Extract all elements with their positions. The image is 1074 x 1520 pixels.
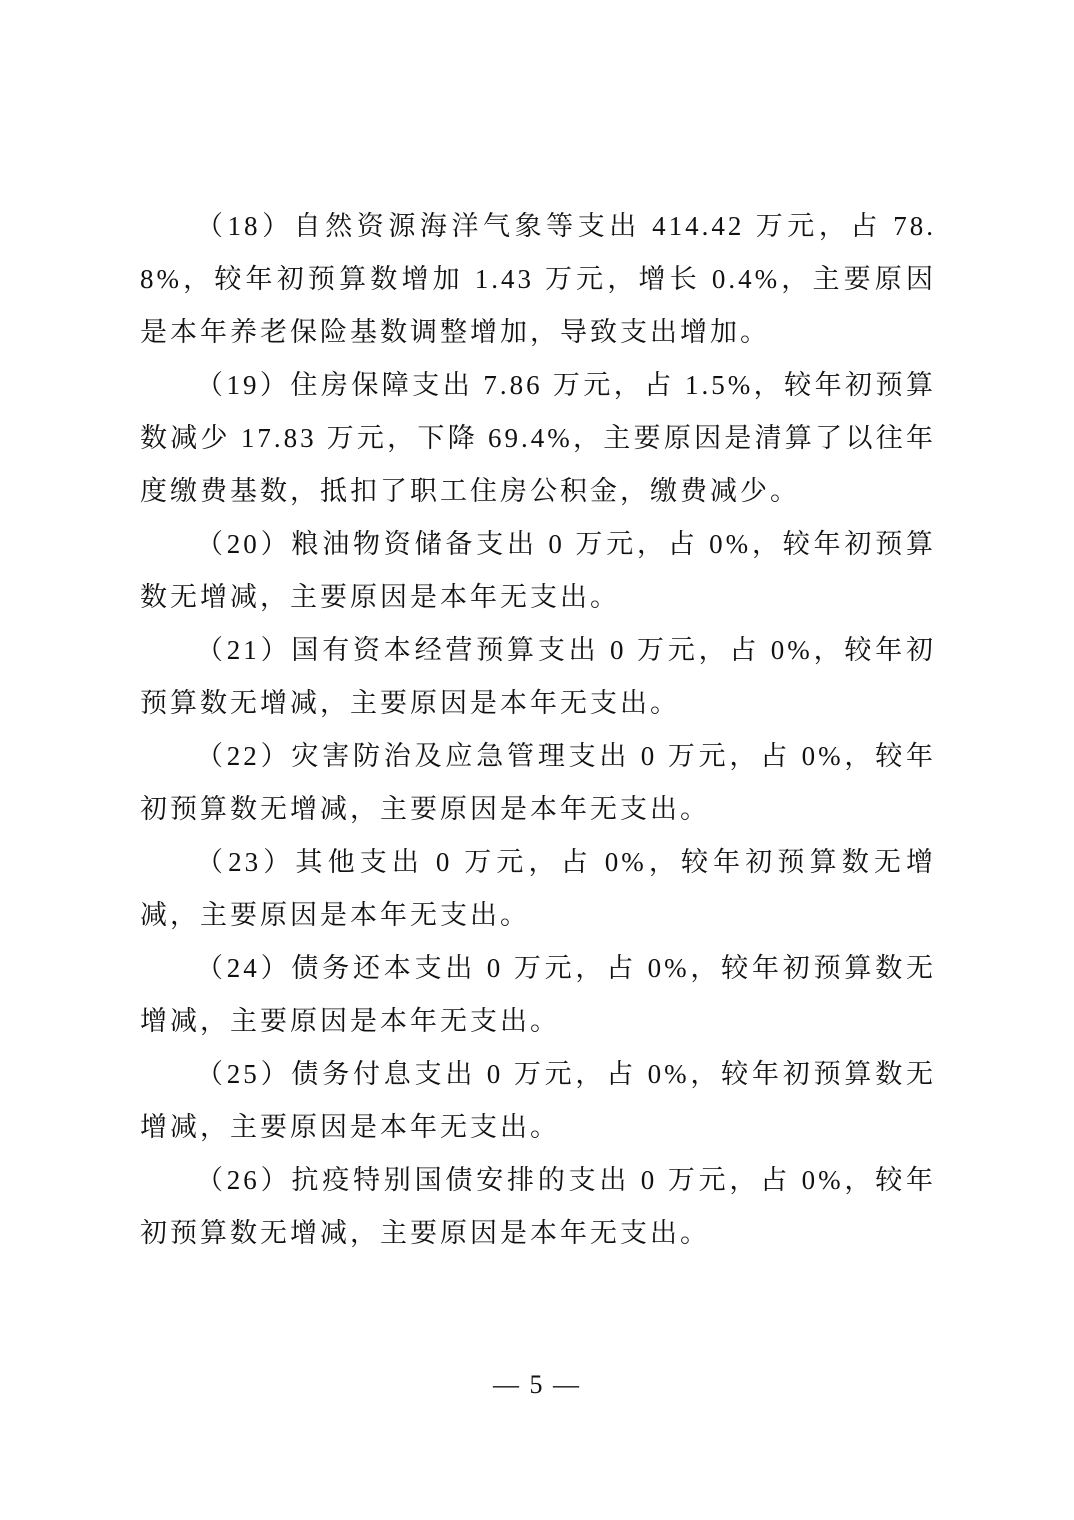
paragraph-23: （23）其他支出 0 万元，占 0%，较年初预算数无增减，主要原因是本年无支出。 xyxy=(140,836,936,942)
page-number: — 5 — xyxy=(0,1370,1074,1400)
document-body: （18）自然资源海洋气象等支出 414.42 万元，占 78.8%，较年初预算数… xyxy=(140,200,936,1260)
paragraph-18: （18）自然资源海洋气象等支出 414.42 万元，占 78.8%，较年初预算数… xyxy=(140,200,936,359)
paragraph-20: （20）粮油物资储备支出 0 万元，占 0%，较年初预算数无增减，主要原因是本年… xyxy=(140,518,936,624)
paragraph-24: （24）债务还本支出 0 万元，占 0%，较年初预算数无增减，主要原因是本年无支… xyxy=(140,942,936,1048)
paragraph-19: （19）住房保障支出 7.86 万元，占 1.5%，较年初预算数减少 17.83… xyxy=(140,359,936,518)
paragraph-21: （21）国有资本经营预算支出 0 万元，占 0%，较年初预算数无增减，主要原因是… xyxy=(140,624,936,730)
paragraph-26: （26）抗疫特别国债安排的支出 0 万元，占 0%，较年初预算数无增减，主要原因… xyxy=(140,1154,936,1260)
paragraph-25: （25）债务付息支出 0 万元，占 0%，较年初预算数无增减，主要原因是本年无支… xyxy=(140,1048,936,1154)
paragraph-22: （22）灾害防治及应急管理支出 0 万元，占 0%，较年初预算数无增减，主要原因… xyxy=(140,730,936,836)
